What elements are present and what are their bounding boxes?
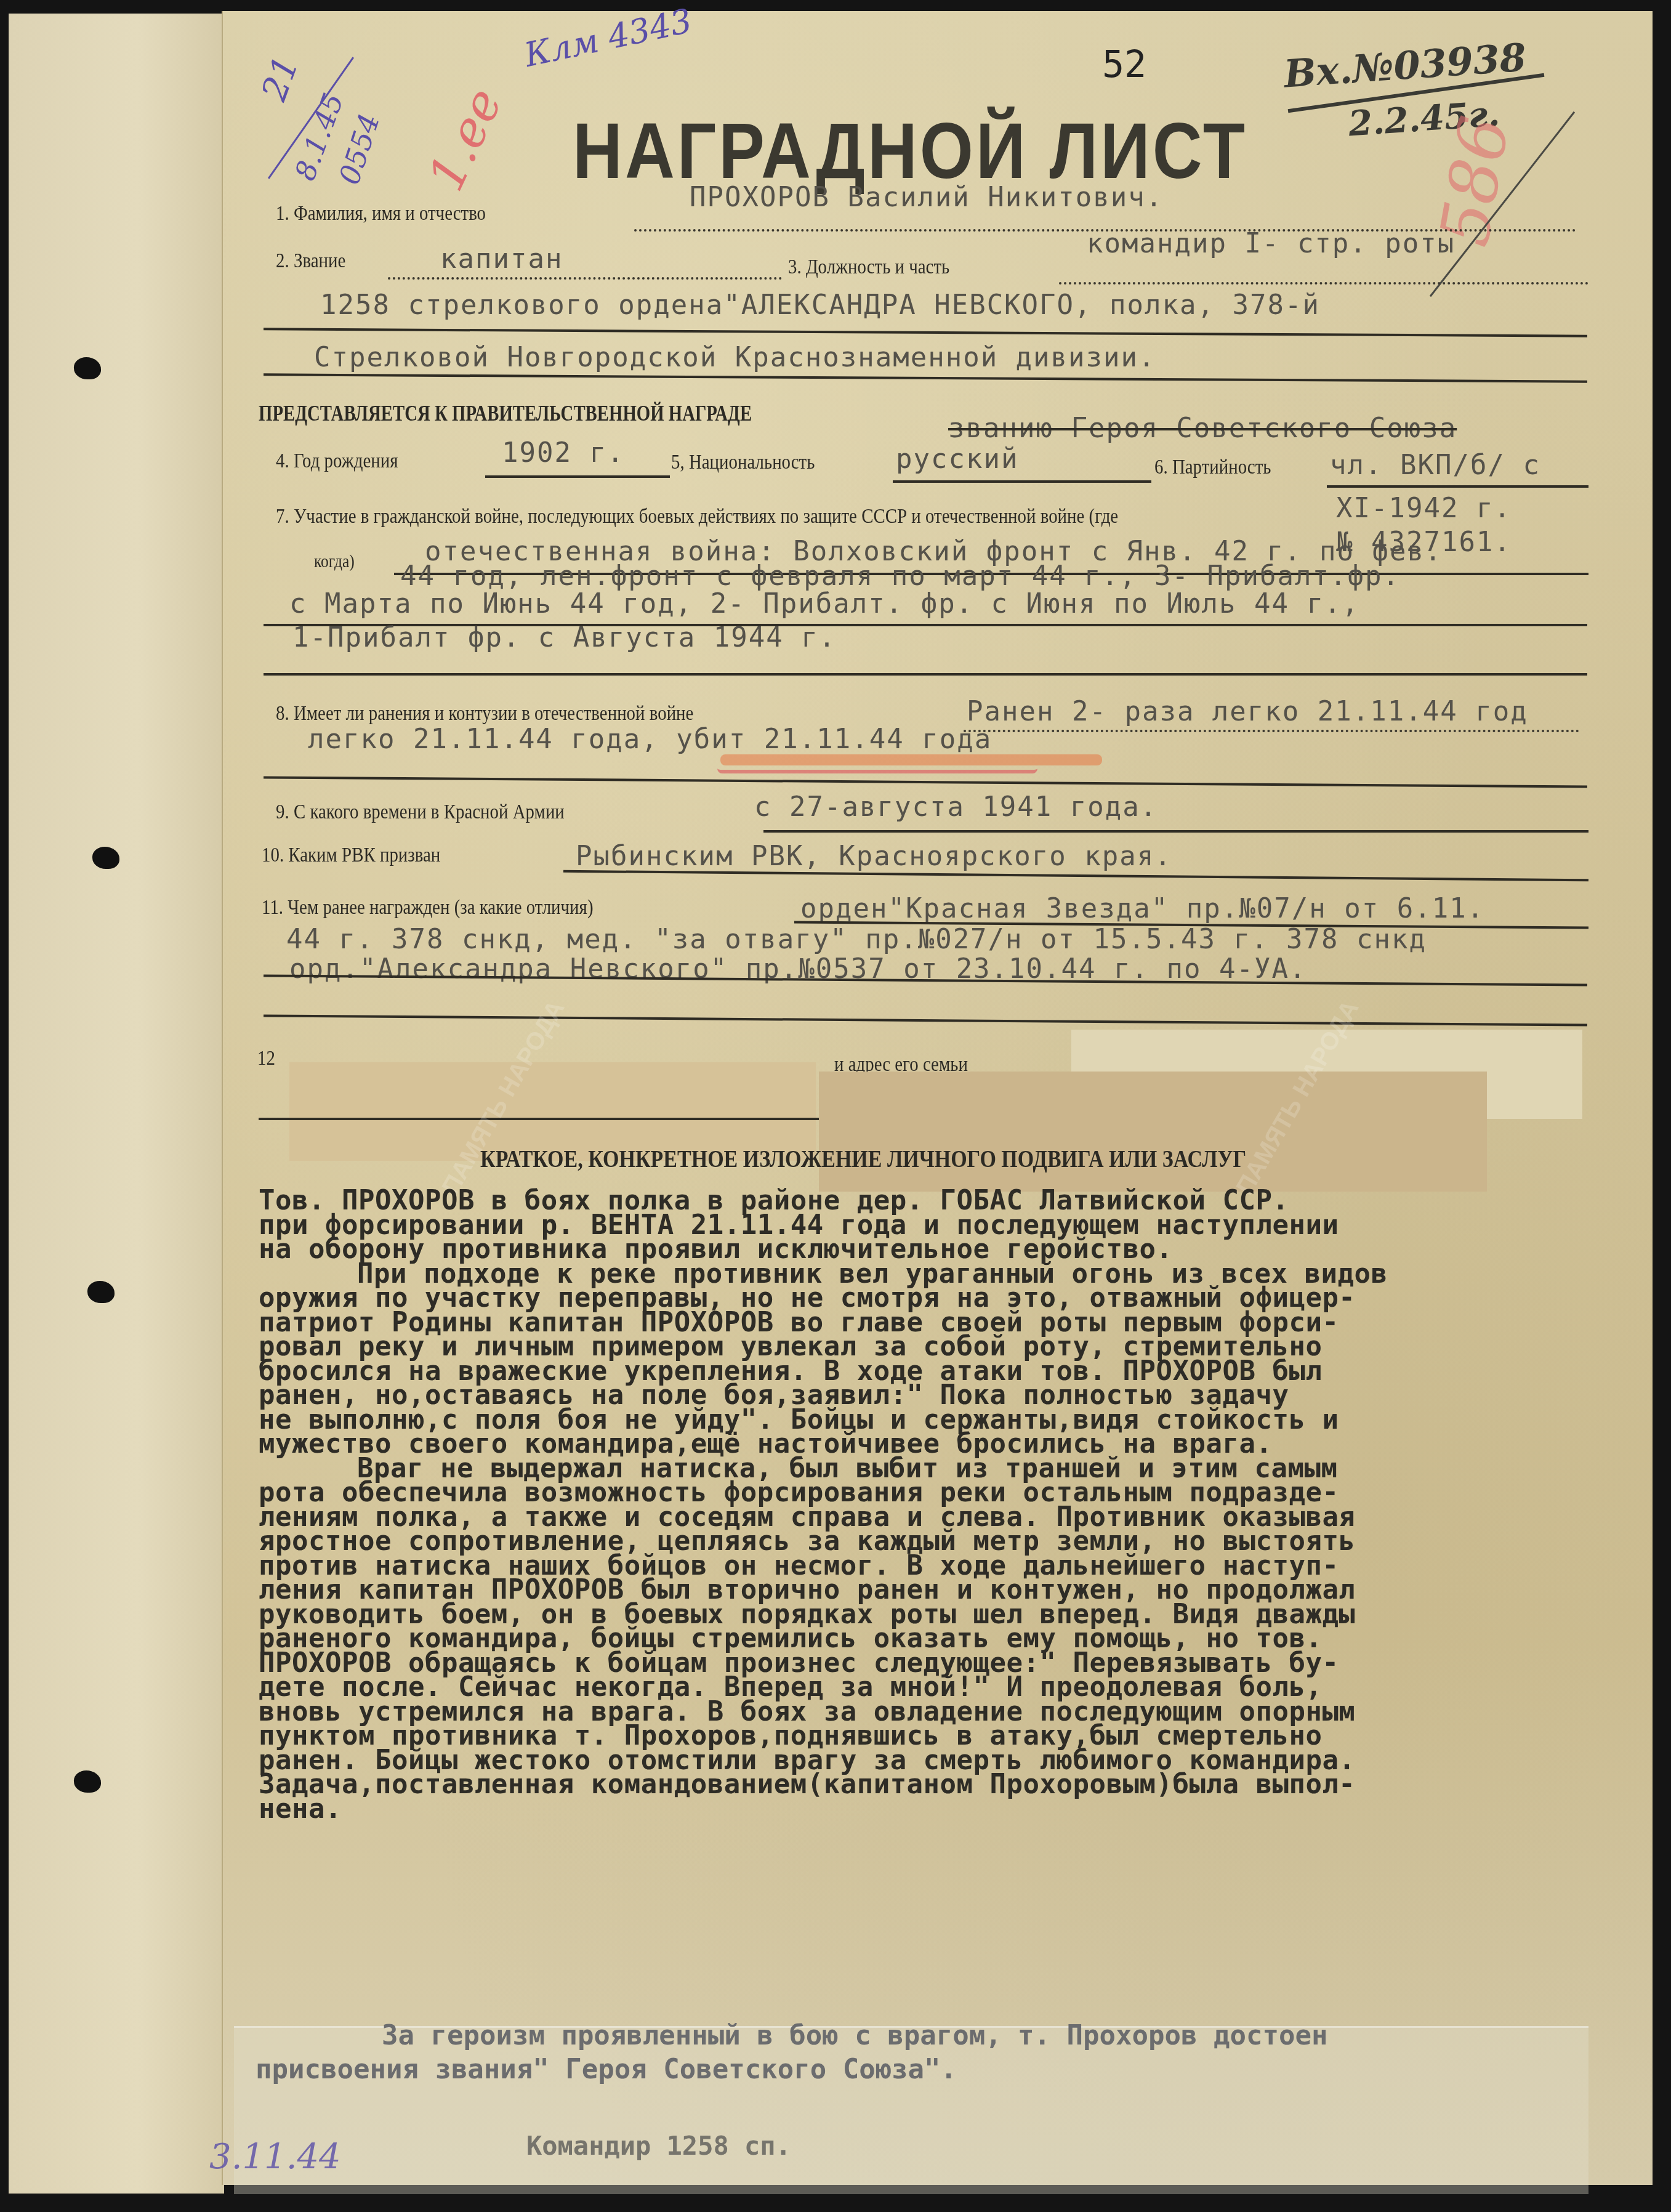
field-10-label: 10. Каким РВК призван — [262, 844, 440, 867]
field-7-line-4: 1-Прибалт фр. с Августа 1944 г. — [292, 622, 836, 653]
field-7-line-3: с Марта по Июнь 44 год, 2- Прибалт. фр. … — [289, 588, 1359, 620]
field-10-value: Рыбинским РВК, Красноярского края. — [576, 841, 1172, 872]
field-8-label: 8. Имеет ли ранения и контузии в отечест… — [276, 702, 693, 725]
redaction-block — [819, 1072, 1487, 1192]
field-2-rule — [388, 277, 782, 280]
field-3-rule — [1059, 282, 1588, 285]
recommendation-line-1: За героизм проявленный в бою с врагом, т… — [382, 2020, 1327, 2051]
recommendation-line-2: присвоения звания" Героя Советского Союз… — [256, 2054, 957, 2085]
field-8-value-line2: легко 21.11.44 года, убит 21.11.44 года — [308, 724, 992, 755]
field-7-rule-3 — [264, 673, 1587, 676]
field-7-line-2: 44 год, лен.фронт с февраля по март 44 г… — [400, 560, 1400, 592]
punch-hole — [74, 1770, 101, 1793]
field-3-value-line2: 1258 стрелкового ордена"АЛЕКСАНДРА НЕВСК… — [320, 289, 1320, 321]
field-3-label: 3. Должность и часть — [788, 256, 949, 279]
field-6-rule — [1327, 485, 1588, 488]
field-6-value: чл. ВКП/б/ с — [1330, 450, 1540, 481]
field-1-label: 1. Фамилия, имя и отчество — [276, 202, 486, 225]
field-6-value-line2: XI-1942 г. — [1336, 493, 1512, 524]
field-4-value: 1902 г. — [502, 437, 624, 469]
field-11-label: 11. Чем ранее награжден (за какие отличи… — [262, 896, 594, 919]
award-value: званию Героя Советского Союза — [948, 413, 1457, 444]
field-8-rule — [964, 730, 1579, 732]
field-6-label: 6. Партийность — [1154, 456, 1271, 479]
field-5-rule — [893, 480, 1151, 483]
field-9-value: с 27-августа 1941 года. — [754, 791, 1158, 823]
page-number: 52 — [1102, 43, 1146, 86]
signatory-title: Командир 1258 сп. — [526, 2131, 791, 2161]
field-8-value-line1: Ранен 2- раза легко 21.11.44 год — [967, 696, 1528, 727]
award-label: ПРЕДСТАВЛЯЕТСЯ К ПРАВИТЕЛЬСТВЕННОЙ НАГРА… — [259, 400, 752, 426]
punch-hole — [74, 357, 101, 379]
field-11-value-line2: 44 г. 378 снкд, мед. "за отвагу" пр.№027… — [286, 924, 1427, 955]
field-11-value-line1: орден"Красная Звезда" пр.№07/н от 6.11. — [800, 893, 1484, 924]
field-7-label-cont: когда) — [314, 551, 355, 572]
field-5-label: 5, Национальность — [671, 451, 815, 474]
field-3-value-line1: командир I- стр. роты — [1087, 228, 1455, 259]
field-9-label: 9. С какого времени в Красной Армии — [276, 801, 565, 824]
field-7-label: 7. Участие в гражданской войне, последую… — [276, 505, 1118, 528]
field-3-value-line3: Стрелковой Новгородской Краснознаменной … — [314, 342, 1156, 373]
narrative-text: Тов. ПРОХОРОВ в боях полка в районе дер.… — [259, 1189, 1638, 1821]
field-4-rule — [485, 475, 670, 478]
punch-hole — [87, 1281, 115, 1303]
narrative-line: Задача,поставленная командованием(капита… — [259, 1772, 1638, 1797]
field-9-rule — [763, 830, 1588, 833]
date-annotation: 3.11.44 — [209, 2137, 341, 2177]
field-4-label: 4. Год рождения — [276, 450, 398, 473]
field-2-label: 2. Звание — [276, 249, 345, 273]
field-1-value: ПРОХОРОВ Василий Никитович. — [690, 182, 1163, 213]
narrative-line: нена. — [259, 1797, 1638, 1822]
punch-hole — [92, 847, 119, 869]
field-5-value: русский — [896, 443, 1018, 475]
section-heading: КРАТКОЕ, КОНКРЕТНОЕ ИЗЛОЖЕНИЕ ЛИЧНОГО ПО… — [480, 1144, 1246, 1173]
field-12-rule — [259, 1118, 819, 1120]
field-12-label-start: 12 — [257, 1047, 275, 1070]
red-pencil-underline — [717, 764, 1037, 773]
field-2-value: капитан — [440, 243, 563, 275]
paper-backing-strip — [9, 14, 224, 2194]
